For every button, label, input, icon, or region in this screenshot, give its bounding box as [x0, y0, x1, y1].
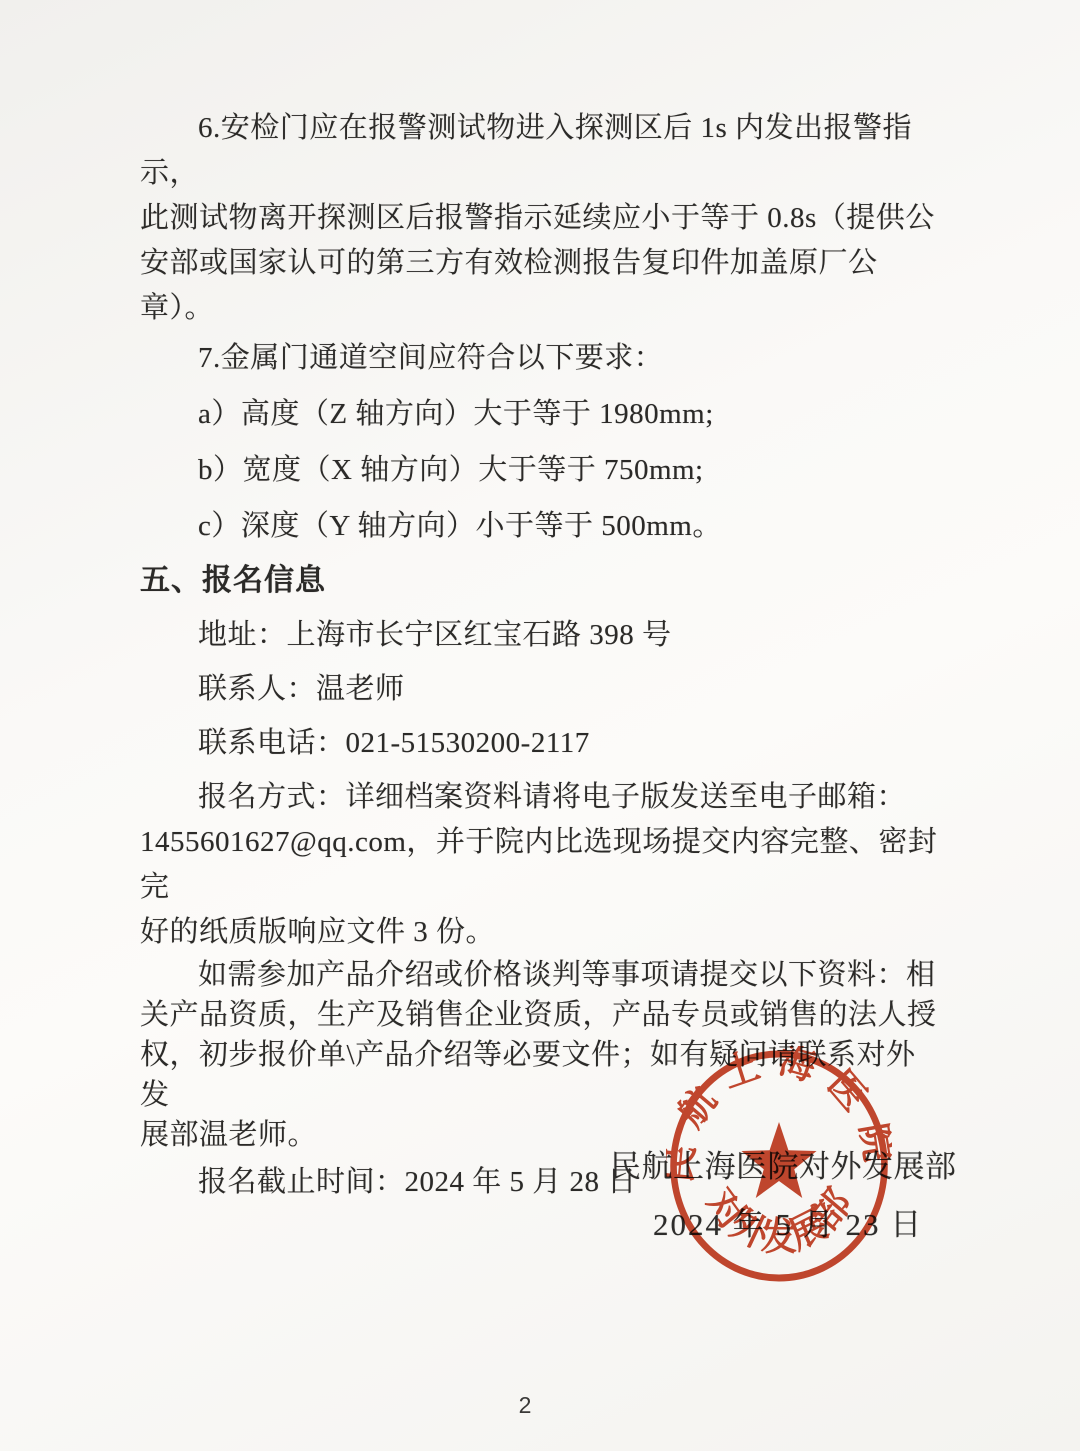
section-heading-registration-info: 五、报名信息 — [140, 558, 945, 603]
list-item-height: a）高度（Z 轴方向）大于等于 1980mm; — [140, 392, 945, 437]
seal-bottom-text: 对外发展部 — [699, 1181, 860, 1259]
document-body: 6.安检门应在报警测试物进入探测区后 1s 内发出报警指示， 此测试物离开探测区… — [140, 106, 945, 1205]
paragraph-security-gate-alarm: 6.安检门应在报警测试物进入探测区后 1s 内发出报警指示， 此测试物离开探测区… — [140, 106, 945, 331]
official-seal: 民航上海医院 对外发展部 — [666, 1046, 892, 1286]
line-address: 地址：上海市长宁区红宝石路 398 号 — [140, 613, 945, 658]
list-item-depth: c）深度（Y 轴方向）小于等于 500mm。 — [140, 504, 945, 549]
line-contact-phone: 联系电话：021-51530200-2117 — [140, 721, 945, 766]
document-page: 6.安检门应在报警测试物进入探测区后 1s 内发出报警指示， 此测试物离开探测区… — [0, 0, 1080, 1451]
line-contact-person: 联系人：温老师 — [140, 667, 945, 712]
page-number: 2 — [0, 1392, 1050, 1419]
paragraph-metal-door-requirements-heading: 7.金属门通道空间应符合以下要求： — [140, 336, 945, 381]
paragraph-registration-method: 报名方式：详细档案资料请将电子版发送至电子邮箱： 1455601627@qq.c… — [140, 775, 945, 955]
list-item-width: b）宽度（X 轴方向）大于等于 750mm; — [140, 448, 945, 493]
seal-star — [741, 1122, 816, 1198]
